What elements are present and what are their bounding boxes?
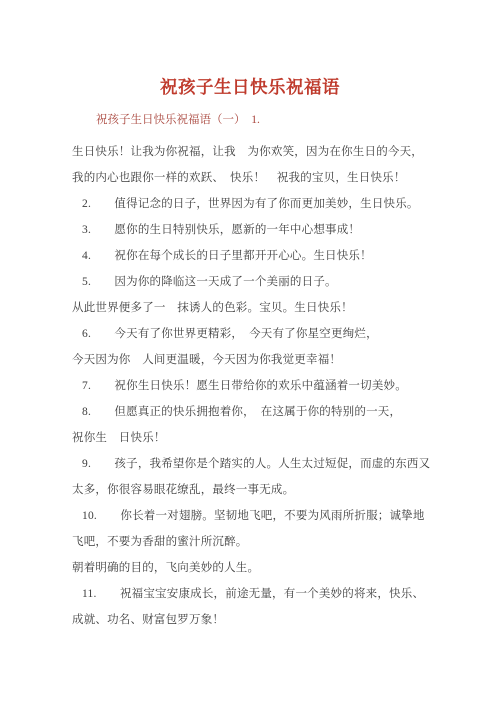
body-line-item-10: 10. 你长着一对翅膀。坚韧地飞吧，不要为风雨所折服；诚挚地	[72, 503, 460, 529]
body-line-item-9: 9. 孩子，我希望你是个踏实的人。人生太过短促，而虚的东西又	[72, 451, 460, 477]
body-line-item-5: 5. 因为你的降临这一天成了一个美丽的日子。	[72, 269, 460, 295]
body-line: 祝你生 日快乐！	[72, 425, 460, 451]
body-line-item-11: 11. 祝福宝宝安康成长，前途无量，有一个美妙的将来，快乐、	[72, 581, 460, 607]
body-line: 飞吧，不要为香甜的蜜汁所沉醉。	[72, 529, 460, 555]
document-title: 祝孩子生日快乐祝福语	[0, 75, 500, 99]
body-line-item-2: 2. 值得记念的日子，世界因为有了你而更加美妙，生日快乐。	[72, 191, 460, 217]
document-body: 祝孩子生日快乐祝福语（一） 1. 生日快乐！让我为你祝福，让我 为你欢笑，因为在…	[0, 107, 500, 633]
section-heading: 祝孩子生日快乐祝福语（一） 1.	[72, 107, 460, 133]
body-line: 生日快乐！让我为你祝福，让我 为你欢笑，因为在你生日的今天，	[72, 139, 460, 165]
document-page: 祝孩子生日快乐祝福语 祝孩子生日快乐祝福语（一） 1. 生日快乐！让我为你祝福，…	[0, 0, 500, 708]
body-line-item-3: 3. 愿你的生日特别快乐，愿新的一年中心想事成！	[72, 217, 460, 243]
body-line-item-4: 4. 祝你在每个成长的日子里都开开心心。生日快乐！	[72, 243, 460, 269]
body-line: 成就、功名、财富包罗万象！	[72, 607, 460, 633]
body-line-item-6: 6. 今天有了你世界更精彩， 今天有了你星空更绚烂，	[72, 321, 460, 347]
body-line: 我的内心也跟你一样的欢跃、 快乐！ 祝我的宝贝，生日快乐！	[72, 165, 460, 191]
body-line-item-7: 7. 祝你生日快乐！愿生日带给你的欢乐中蕴涵着一切美妙。	[72, 373, 460, 399]
body-line: 从此世界便多了一 抹诱人的色彩。宝贝。生日快乐！	[72, 295, 460, 321]
body-text-block: 生日快乐！让我为你祝福，让我 为你欢笑，因为在你生日的今天， 我的内心也跟你一样…	[72, 139, 460, 633]
body-line: 朝着明确的目的，飞向美妙的人生。	[72, 555, 460, 581]
body-line: 太多，你很容易眼花缭乱，最终一事无成。	[72, 477, 460, 503]
body-line-item-8: 8. 但愿真正的快乐拥抱着你， 在这属于你的特别的一天，	[72, 399, 460, 425]
body-line: 今天因为你 人间更温暖，今天因为你我觉更幸福！	[72, 347, 460, 373]
